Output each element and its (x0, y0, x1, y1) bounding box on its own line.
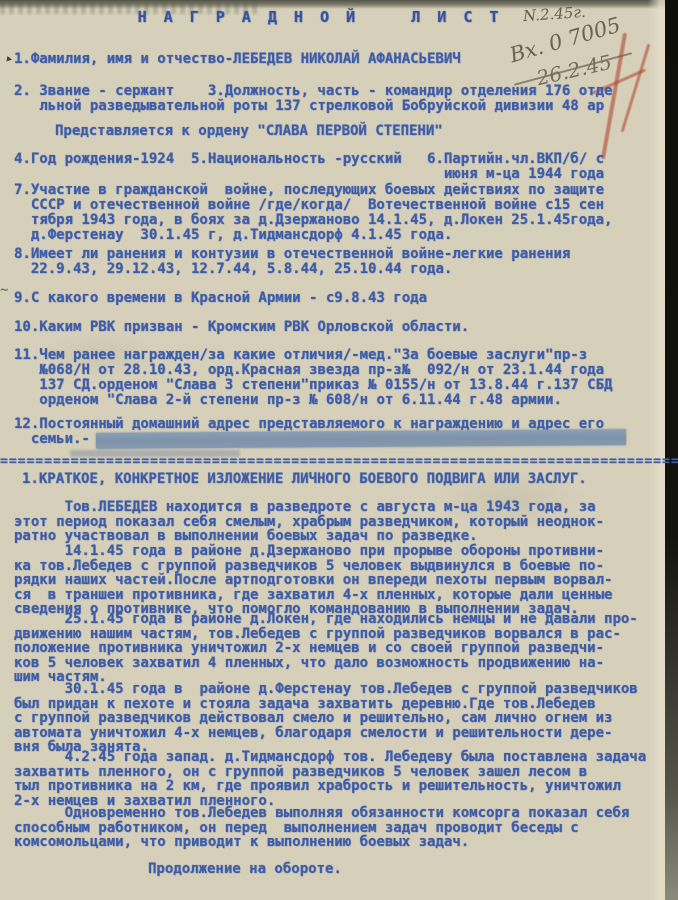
field-prior-awards: 11.Чем ранее награжден/за какие отличия/… (14, 348, 666, 408)
scan-right-edge (665, 0, 678, 900)
field-drafted-by: 10.Каким РВК призван - Кромским РВК Орло… (14, 320, 666, 335)
field-wounds: 8.Имеет ли ранения и контузии в отечеств… (14, 247, 666, 277)
footer-note: Продолжение на обороте. (148, 862, 548, 877)
narrative-paragraph-2: 14.1.45 года в районе д.Дзержаново при п… (14, 544, 666, 617)
section-title: 1.КРАТКОЕ, КОНКРЕТНОЕ ИЗЛОЖЕНИЕ ЛИЧНОГО … (22, 472, 670, 487)
award-order-line: Представляется к ордену "СЛАВА ПЕРВОЙ СТ… (55, 124, 655, 139)
margin-check-mark: ‣ (4, 52, 14, 68)
award-sheet-page: ‣ ~ Н А Г Р А Д Н О Й Л И С Т N.2.45г. В… (0, 0, 678, 900)
narrative-paragraph-6: Одновременно тов.Лебедев выполняя обязан… (14, 806, 666, 850)
section-divider: ========================================… (0, 456, 678, 469)
narrative-paragraph-1: Тов.ЛЕБЕДЕВ находится в разведроте с авг… (14, 500, 666, 544)
margin-smudge: ~ (0, 282, 8, 298)
narrative-paragraph-4: 30.1.45 года в районе д.Ферстенау тов.Ле… (14, 682, 666, 755)
field-rank-unit: 2. Звание - сержант 3.Должность, часть -… (14, 84, 666, 114)
field-name: 1.Фамилия, имя и отчество-ЛЕБЕДЕВ НИКОЛА… (14, 52, 666, 67)
narrative-paragraph-5: 4.2.45 года запад. д.Тидмансдорф тов. Ле… (14, 750, 666, 808)
field-war-participation: 7.Участие в гражданской войне, последующ… (14, 183, 666, 243)
field-birth-nationality-party: 4.Год рождения-1924 5.Национальность -ру… (14, 152, 666, 182)
field-army-since: 9.С какого времени в Красной Армии - с9.… (14, 291, 666, 306)
narrative-paragraph-3: 25.1.45 года в районе д.Локен, где наход… (14, 612, 666, 685)
